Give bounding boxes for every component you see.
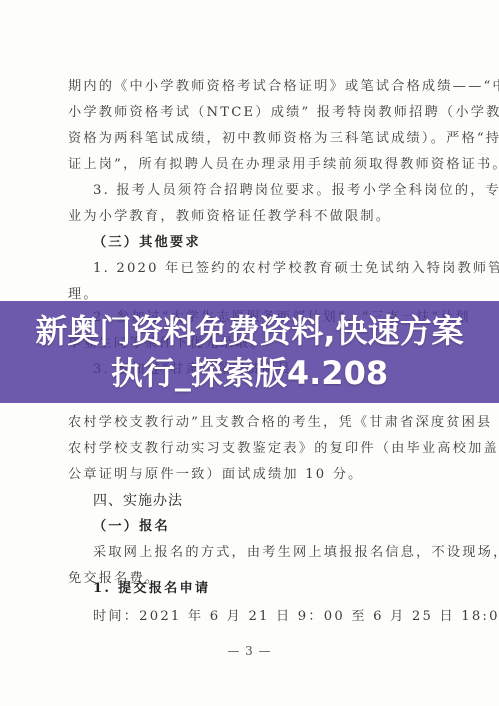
banner-title-line-2: 执行_探索版4.208 bbox=[0, 353, 499, 393]
body-text-line: 采取网上报名的方式，由考生网上填报报名信息，不设现场， bbox=[93, 544, 499, 562]
body-text-line: 1. 2020 年已签约的农村学校教育硕士免试纳入特岗教师管 bbox=[93, 260, 499, 278]
body-text-line: 业为小学教育，教师资格证任教学科不做限制。 bbox=[68, 208, 391, 226]
section-heading-registration: （一）报名 bbox=[93, 518, 170, 536]
body-text-line: 农村学校支教行动实习支教鉴定表》的复印件（由毕业高校加盖 bbox=[68, 440, 499, 458]
section-heading-other-requirements: （三）其他要求 bbox=[93, 234, 201, 252]
body-text-line: 证上岗”，所有拟聘人员在办理录用手续前须取得教师资格证书。 bbox=[68, 156, 499, 174]
body-text-line: 小学教师资格考试（NTCE）成绩” 报考特岗教师招聘（小学教师 bbox=[68, 104, 499, 122]
body-text-line: 期内的《中小学教师资格考试合格证明》或笔试合格成绩——“中 bbox=[68, 78, 499, 96]
body-text-line: 农村学校支教行动”且支教合格的考生，凭《甘肃省深度贫困县 bbox=[68, 414, 492, 432]
page-number: — 3 — bbox=[0, 644, 499, 658]
body-text-line: 资格为两科笔试成绩，初中教师资格为三科笔试成绩）。严格“持 bbox=[68, 130, 499, 148]
subheading-submit-application: 1. 提交报名申请 bbox=[93, 580, 210, 598]
title-banner: 2. 参加过“大学生志愿服务西部计划”、“三支一扶”计划 毕业生同等条件下优先录… bbox=[0, 301, 499, 403]
registration-time: 时间：2021 年 6 月 21 日 9：00 至 6 月 25 日 18:00 bbox=[93, 608, 499, 626]
body-text-line: 公章证明与原件一致）面试成绩加 10 分。 bbox=[68, 466, 364, 484]
banner-title-line-1: 新奥门资料免费资料,快速方案 bbox=[0, 311, 499, 351]
body-text-line: 3. 报考人员须符合招聘岗位要求。报考小学全科岗位的，专 bbox=[93, 182, 499, 200]
section-heading-implementation: 四、实施办法 bbox=[93, 492, 183, 510]
